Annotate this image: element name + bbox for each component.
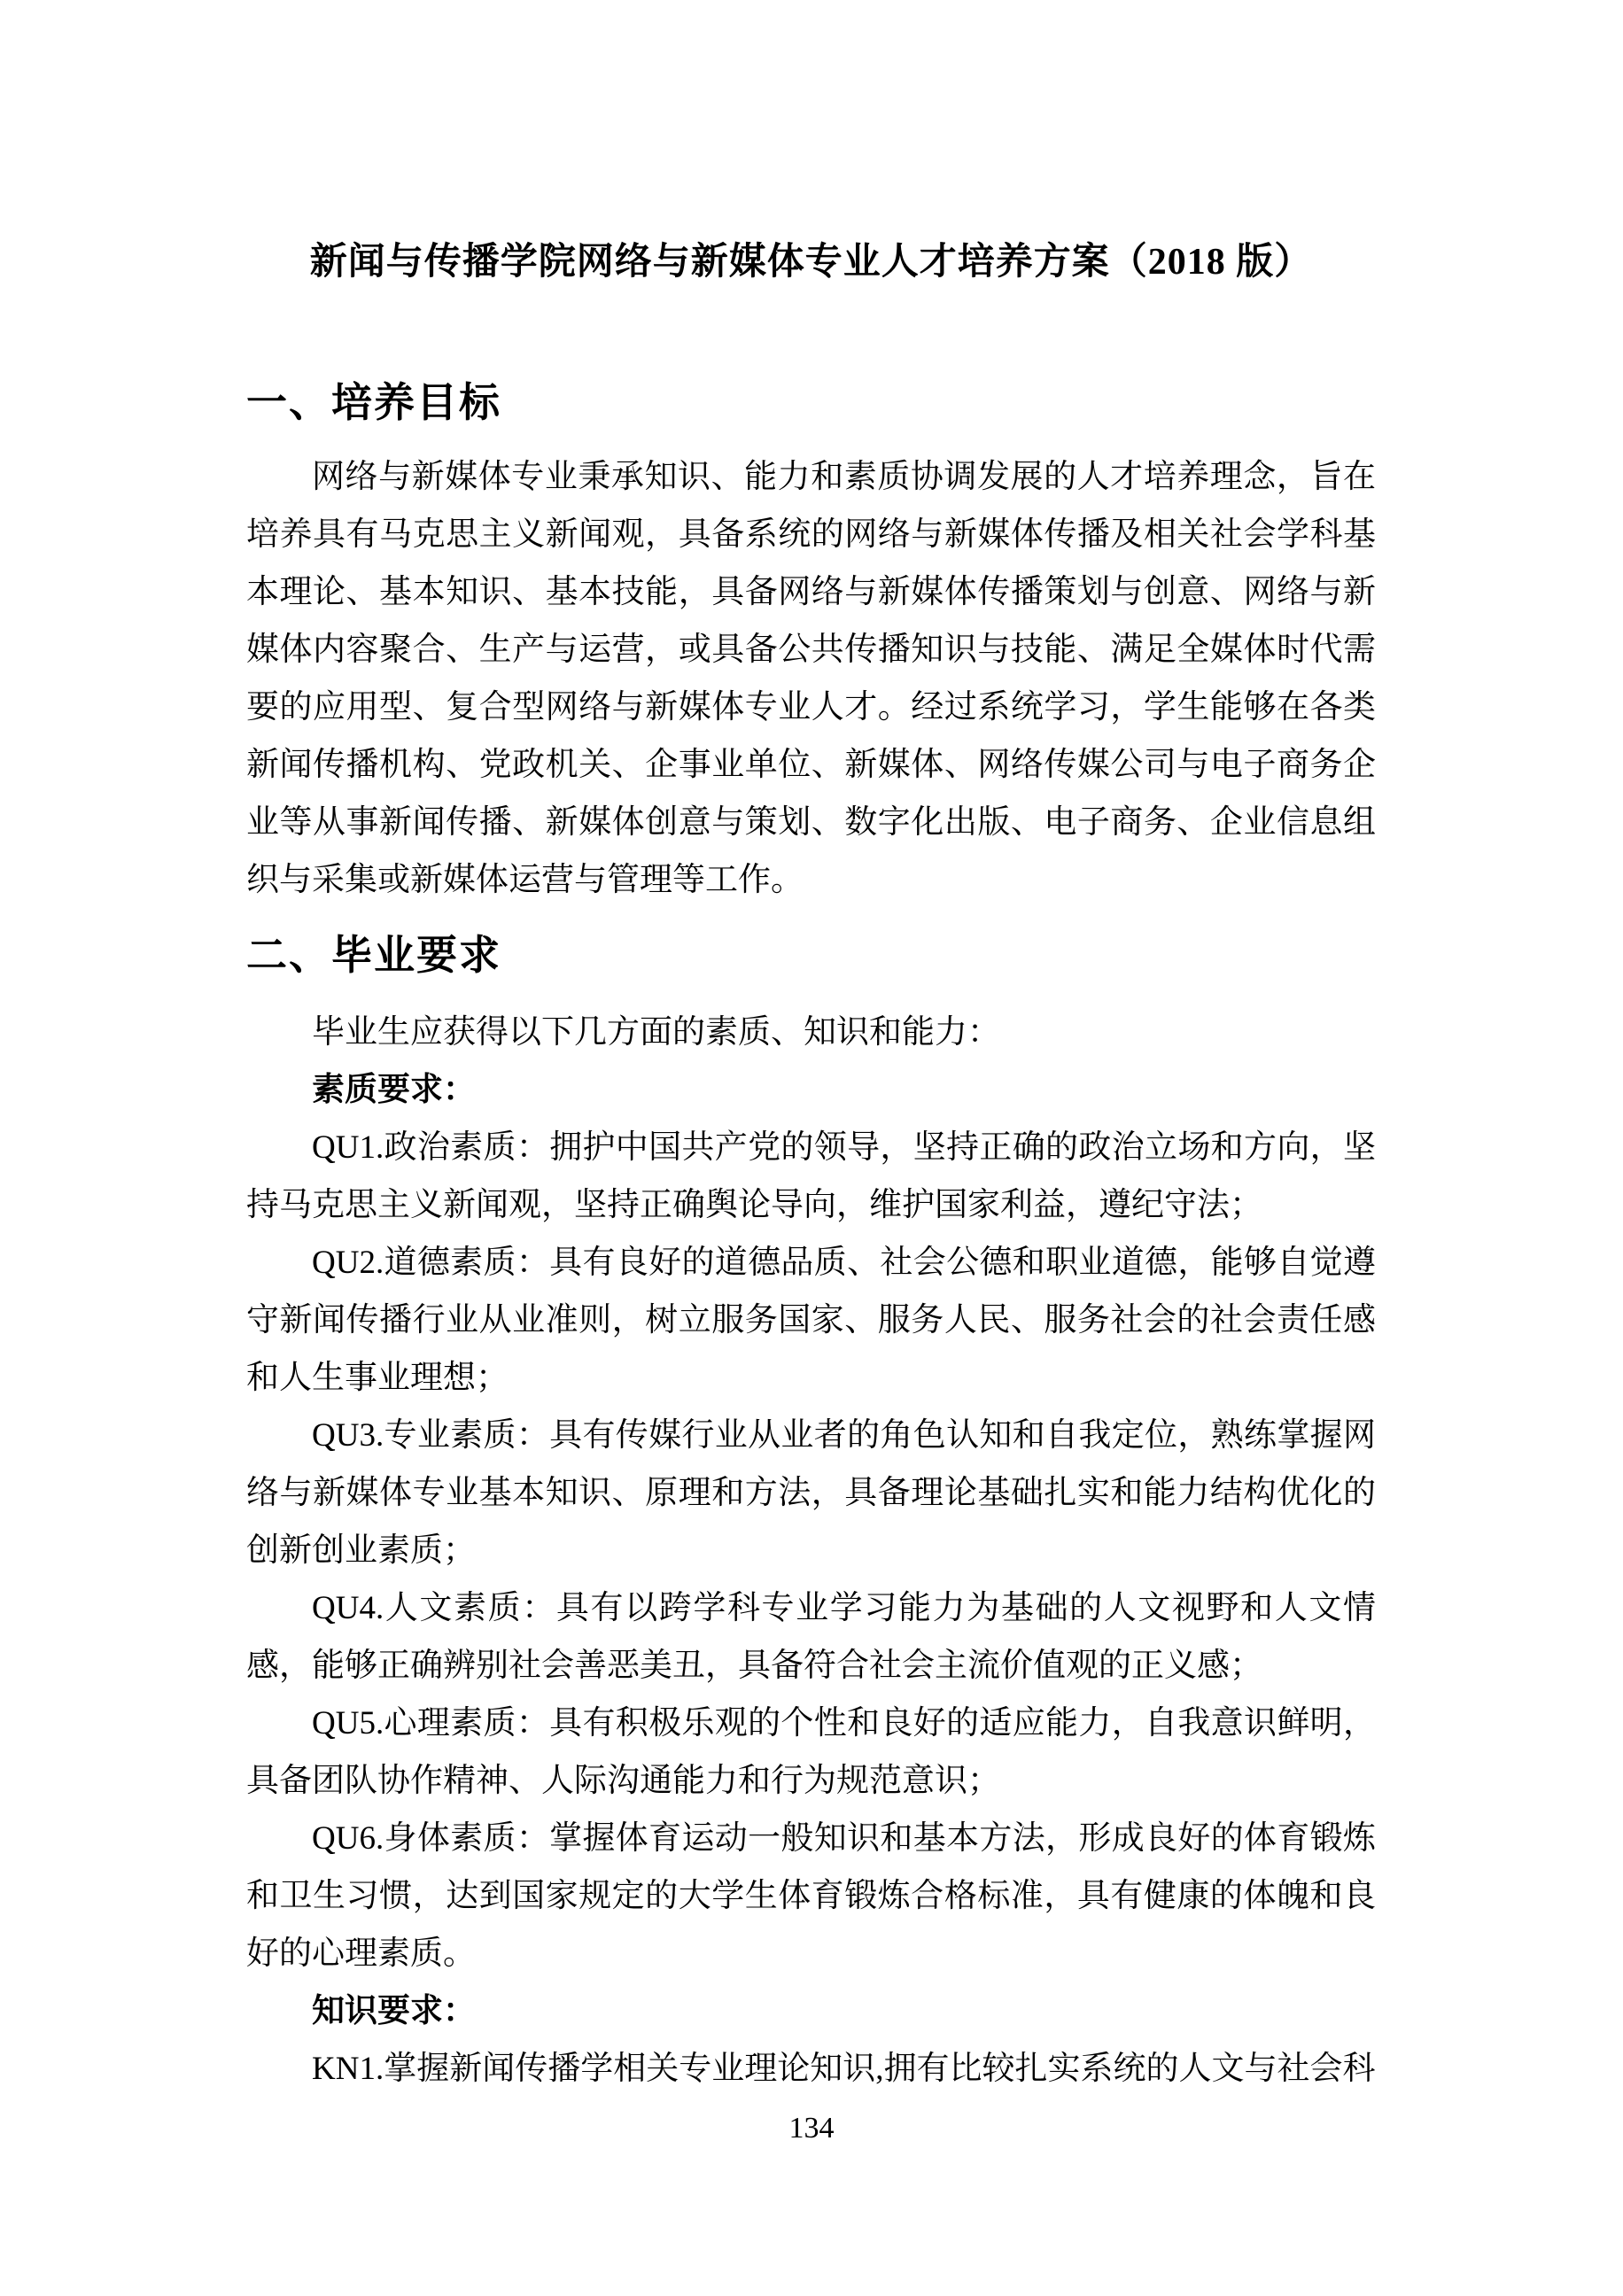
quality-item-qu6: QU6.身体素质：掌握体育运动一般知识和基本方法，形成良好的体育锻炼和卫生习惯，… <box>246 1810 1376 1982</box>
graduation-requirements-intro: 毕业生应获得以下几方面的素质、知识和能力： <box>246 1004 1376 1061</box>
page-number: 134 <box>0 2111 1623 2146</box>
quality-item-qu5: QU5.心理素质：具有积极乐观的个性和良好的适应能力，自我意识鲜明，具备团队协作… <box>246 1695 1376 1810</box>
section-heading-training-objectives: 一、培养目标 <box>246 376 1376 429</box>
knowledge-item-kn1: KN1.掌握新闻传播学相关专业理论知识,拥有比较扎实系统的人文与社会科 <box>246 2040 1376 2098</box>
section-heading-graduation-requirements: 二、毕业要求 <box>246 928 1376 981</box>
quality-item-qu2: QU2.道德素质：具有良好的道德品质、社会公德和职业道德，能够自觉遵守新闻传播行… <box>246 1234 1376 1407</box>
knowledge-requirements-heading: 知识要求： <box>246 1982 1376 2040</box>
document-title: 新闻与传播学院网络与新媒体专业人才培养方案（2018 版） <box>246 0 1376 287</box>
quality-item-qu3: QU3.专业素质：具有传媒行业从业者的角色认知和自我定位，熟练掌握网络与新媒体专… <box>246 1407 1376 1579</box>
training-objectives-paragraph: 网络与新媒体专业秉承知识、能力和素质协调发展的人才培养理念，旨在培养具有马克思主… <box>246 448 1376 909</box>
quality-requirements-heading: 素质要求： <box>246 1061 1376 1119</box>
document-page: 新闻与传播学院网络与新媒体专业人才培养方案（2018 版） 一、培养目标 网络与… <box>0 0 1623 2296</box>
quality-item-qu1: QU1.政治素质：拥护中国共产党的领导，坚持正确的政治立场和方向，坚持马克思主义… <box>246 1119 1376 1234</box>
quality-item-qu4: QU4.人文素质：具有以跨学科专业学习能力为基础的人文视野和人文情感，能够正确辨… <box>246 1579 1376 1695</box>
